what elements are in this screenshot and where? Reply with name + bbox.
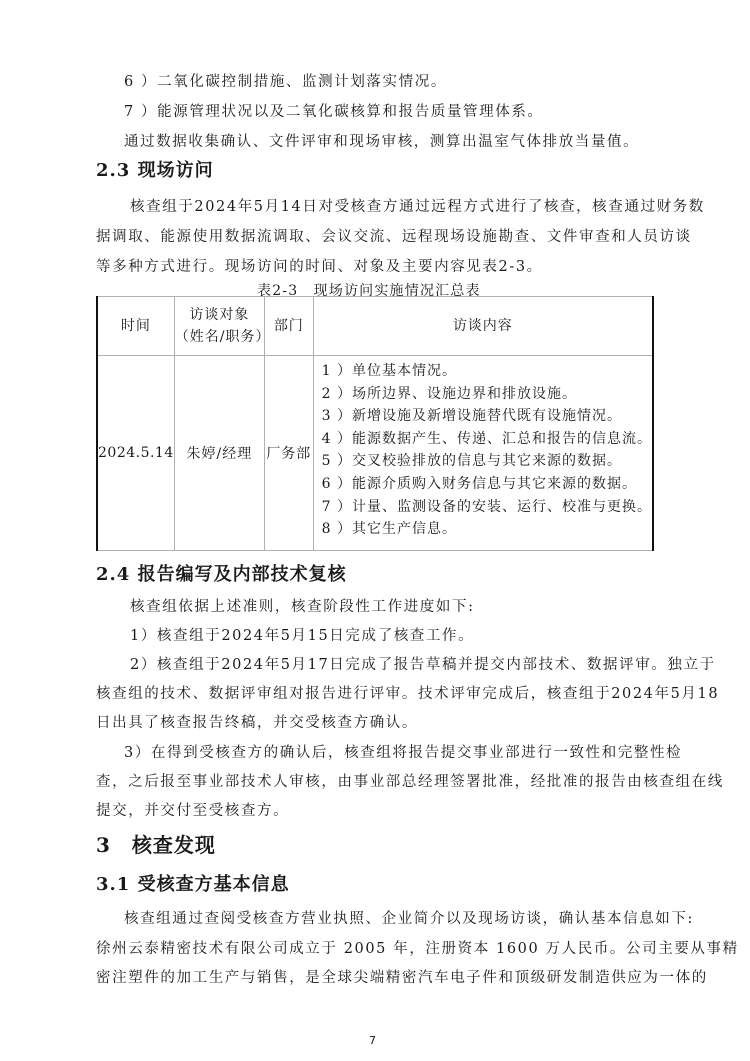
summary-paragraph: 通过数据收集确认、文件评审和现场审核，测算出温室气体排放当量值。 — [124, 132, 639, 152]
section-heading-2-3: 2.3 现场访问 — [96, 159, 214, 183]
header-interviewee-line2: （姓名/职务） — [175, 326, 264, 348]
list-item: 6 ）二氧化碳控制措施、监测计划落实情况。 — [124, 72, 447, 92]
cell-date: 2024.5.14 — [97, 356, 174, 551]
list-item: 7 ）能源管理状况以及二氧化碳核算和报告质量管理体系。 — [124, 102, 544, 122]
content-item: 7 ）计量、监测设备的安装、运行、校准与更换。 — [322, 496, 652, 519]
content-item: 4 ）能源数据产生、传递、汇总和报告的信息流。 — [322, 428, 652, 451]
paragraph-line: 核查组于2024年5月14日对受核查方通过远程方式进行了核查，核查通过财务数 — [130, 197, 705, 217]
site-visit-table: 时间 访谈对象 （姓名/职务） 部门 访谈内容 2024.5.14 朱婷/经理 … — [96, 296, 654, 551]
table-header-row: 时间 访谈对象 （姓名/职务） 部门 访谈内容 — [97, 297, 653, 356]
paragraph-line: 核查组依据上述准则，核查阶段性工作进度如下: — [130, 597, 475, 617]
paragraph-line: 1）核查组于2024年5月15日完成了核查工作。 — [130, 626, 474, 646]
content-item: 3 ）新增设施及新增设施替代既有设施情况。 — [322, 405, 652, 428]
paragraph-line: 3）在得到受核查方的确认后，核查组将报告提交事业部进行一致性和完整性检 — [124, 743, 682, 763]
header-department: 部门 — [265, 297, 314, 356]
paragraph-line: 核查组通过查阅受核查方营业执照、企业简介以及现场访谈，确认基本信息如下: — [124, 909, 694, 929]
content-item: 2 ）场所边界、设施边界和排放设施。 — [322, 383, 652, 406]
page-number: 7 — [369, 1034, 376, 1047]
section-heading-3-1: 3.1 受核查方基本信息 — [96, 873, 290, 897]
paragraph-line: 查，之后报至事业部技术人审核，由事业部总经理签署批准，经批准的报告由核查组在线 — [96, 772, 724, 792]
paragraph-line: 2）核查组于2024年5月17日完成了报告草稿并提交内部技术、数据评审。独立于 — [130, 655, 716, 675]
header-time: 时间 — [97, 297, 174, 356]
document-page: 6 ）二氧化碳控制措施、监测计划落实情况。 7 ）能源管理状况以及二氧化碳核算和… — [0, 0, 750, 1061]
header-interviewee-line1: 访谈对象 — [175, 304, 264, 326]
content-item: 5 ）交叉校验排放的信息与其它来源的数据。 — [322, 450, 652, 473]
cell-content: 1 ）单位基本情况。 2 ）场所边界、设施边界和排放设施。 3 ）新增设施及新增… — [313, 356, 653, 551]
paragraph-line: 据调取、能源使用数据流调取、会议交流、远程现场设施勘查、文件审查和人员访谈 — [96, 227, 692, 247]
section-heading-2-4: 2.4 报告编写及内部技术复核 — [96, 563, 347, 587]
paragraph-line: 日出具了核查报告终稿，并交受核查方确认。 — [96, 713, 418, 733]
paragraph-line: 密注塑件的加工生产与销售，是全球尖端精密汽车电子件和顶级研发制造供应为一体的 — [96, 968, 708, 988]
table-row: 2024.5.14 朱婷/经理 厂务部 1 ）单位基本情况。 2 ）场所边界、设… — [97, 356, 653, 551]
cell-person: 朱婷/经理 — [174, 356, 264, 551]
content-item: 1 ）单位基本情况。 — [322, 360, 652, 383]
content-item: 8 ）其它生产信息。 — [322, 518, 652, 541]
paragraph-line: 核查组的技术、数据评审组对报告进行评审。技术评审完成后，核查组于2024年5月1… — [96, 684, 719, 704]
paragraph-line: 提交，并交付至受核查方。 — [96, 801, 289, 821]
header-content: 访谈内容 — [313, 297, 653, 356]
section-heading-3: 3 核查发现 — [96, 832, 216, 858]
content-item: 6 ）能源介质购入财务信息与其它来源的数据。 — [322, 473, 652, 496]
paragraph-line: 等多种方式进行。现场访问的时间、对象及主要内容见表2-3。 — [96, 257, 543, 277]
paragraph-line: 徐州云泰精密技术有限公司成立于 2005 年，注册资本 1600 万人民币。公司… — [96, 939, 739, 959]
header-interviewee: 访谈对象 （姓名/职务） — [174, 297, 264, 356]
cell-department: 厂务部 — [265, 356, 314, 551]
